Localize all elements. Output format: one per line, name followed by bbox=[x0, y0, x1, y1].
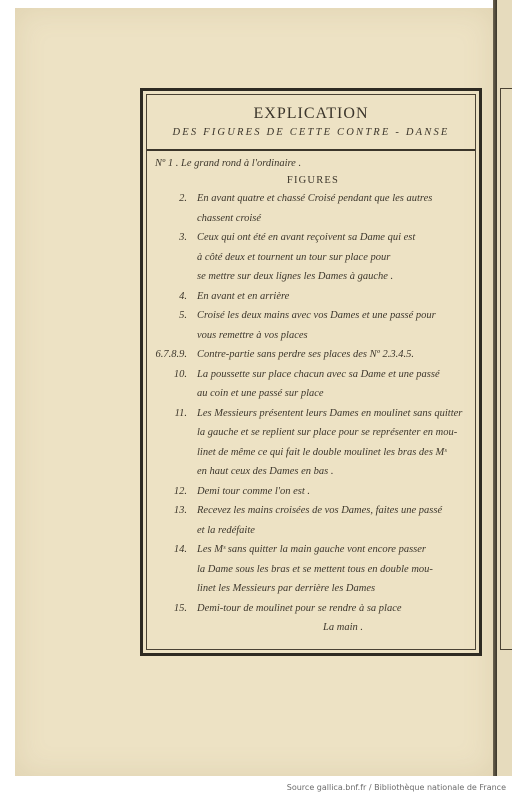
engraved-frame: EXPLICATION DES FIGURES DE CETTE CONTRE … bbox=[140, 88, 482, 656]
entry-line: Croisé les deux mains avec vos Dames et … bbox=[197, 306, 471, 326]
entry-line: en haut ceux des Dames en bas . bbox=[197, 462, 471, 482]
entry-number: 13. bbox=[155, 501, 197, 540]
entry-text: Demi tour comme l'on est . bbox=[197, 482, 471, 502]
entry-number: 5. bbox=[155, 306, 197, 345]
figure-entry: 11. Les Messieurs présentent leurs Dames… bbox=[155, 404, 471, 482]
source-credit: Source gallica.bnf.fr / Bibliothèque nat… bbox=[287, 783, 506, 792]
entry-line: La poussette sur place chacun avec sa Da… bbox=[197, 365, 471, 385]
entry-line: la gauche et se replient sur place pour … bbox=[197, 423, 471, 443]
entry-line: Recevez les mains croisées de vos Dames,… bbox=[197, 501, 471, 521]
entry-line: à côté deux et tournent un tour sur plac… bbox=[197, 248, 471, 268]
entry-text: En avant quatre et chassé Croisé pendant… bbox=[197, 189, 471, 228]
entry-text: Ceux qui ont été en avant reçoivent sa D… bbox=[197, 228, 471, 287]
figure-entry: 14. Les Mˢ sans quitter la main gauche v… bbox=[155, 540, 471, 599]
figure-entry: 10. La poussette sur place chacun avec s… bbox=[155, 365, 471, 404]
entry-line: linet de même ce qui fait le double moul… bbox=[197, 443, 471, 463]
adjacent-page-edge bbox=[497, 0, 512, 776]
entry-number: 2. bbox=[155, 189, 197, 228]
entry-number: 3. bbox=[155, 228, 197, 287]
entry-line: En avant quatre et chassé Croisé pendant… bbox=[197, 189, 471, 209]
figure-entry: 5. Croisé les deux mains avec vos Dames … bbox=[155, 306, 471, 345]
entry-number: 15. bbox=[155, 599, 197, 619]
frame-inner-border: EXPLICATION DES FIGURES DE CETTE CONTRE … bbox=[146, 94, 476, 650]
entry-line: Les Mˢ sans quitter la main gauche vont … bbox=[197, 540, 471, 560]
entry-number: 6.7.8.9. bbox=[155, 345, 197, 365]
figure-entry: 4. En avant et en arrière bbox=[155, 287, 471, 307]
entry-line: la Dame sous les bras et se mettent tous… bbox=[197, 560, 471, 580]
closing-line: La main . bbox=[155, 618, 471, 638]
entry-text: Demi-tour de moulinet pour se rendre à s… bbox=[197, 599, 471, 619]
entry-number: 4. bbox=[155, 287, 197, 307]
entry-number: 14. bbox=[155, 540, 197, 599]
figure-entry: 15. Demi-tour de moulinet pour se rendre… bbox=[155, 599, 471, 619]
entry-line: vous remettre à vos places bbox=[197, 326, 471, 346]
page-title: EXPLICATION bbox=[147, 105, 475, 123]
adjacent-page-frame bbox=[500, 88, 512, 650]
entry-line: Demi-tour de moulinet pour se rendre à s… bbox=[197, 599, 471, 619]
entry-text: Croisé les deux mains avec vos Dames et … bbox=[197, 306, 471, 345]
entry-text: La poussette sur place chacun avec sa Da… bbox=[197, 365, 471, 404]
entry-line: linet les Messieurs par derrière les Dam… bbox=[197, 579, 471, 599]
entry-text: Recevez les mains croisées de vos Dames,… bbox=[197, 501, 471, 540]
figure-entry: 2. En avant quatre et chassé Croisé pend… bbox=[155, 189, 471, 228]
figure-entry: 3. Ceux qui ont été en avant reçoivent s… bbox=[155, 228, 471, 287]
figure-entry: 6.7.8.9. Contre-partie sans perdre ses p… bbox=[155, 345, 471, 365]
figures-heading: FIGURES bbox=[155, 173, 471, 189]
entry-line: chassent croisé bbox=[197, 209, 471, 229]
figures-body: Nº 1 . Le grand rond à l'ordinaire . FIG… bbox=[155, 155, 471, 638]
header-box: EXPLICATION DES FIGURES DE CETTE CONTRE … bbox=[147, 95, 475, 151]
entry-number: 10. bbox=[155, 365, 197, 404]
first-figure-line: Nº 1 . Le grand rond à l'ordinaire . bbox=[155, 155, 471, 173]
entry-line: Ceux qui ont été en avant reçoivent sa D… bbox=[197, 228, 471, 248]
entry-line: se mettre sur deux lignes les Dames à ga… bbox=[197, 267, 471, 287]
entry-text: Les Mˢ sans quitter la main gauche vont … bbox=[197, 540, 471, 599]
figure-entry: 12. Demi tour comme l'on est . bbox=[155, 482, 471, 502]
page-subtitle: DES FIGURES DE CETTE CONTRE - DANSE bbox=[147, 127, 475, 138]
entry-number: 12. bbox=[155, 482, 197, 502]
figure-entry: 13. Recevez les mains croisées de vos Da… bbox=[155, 501, 471, 540]
entry-line: Demi tour comme l'on est . bbox=[197, 482, 471, 502]
entry-text: Les Messieurs présentent leurs Dames en … bbox=[197, 404, 471, 482]
entry-text: En avant et en arrière bbox=[197, 287, 471, 307]
entry-line: au coin et une passé sur place bbox=[197, 384, 471, 404]
entry-line: Les Messieurs présentent leurs Dames en … bbox=[197, 404, 471, 424]
entry-line: et la redéfaite bbox=[197, 521, 471, 541]
entry-line: Contre-partie sans perdre ses places des… bbox=[197, 345, 471, 365]
entry-text: Contre-partie sans perdre ses places des… bbox=[197, 345, 471, 365]
entry-number: 11. bbox=[155, 404, 197, 482]
entry-line: En avant et en arrière bbox=[197, 287, 471, 307]
